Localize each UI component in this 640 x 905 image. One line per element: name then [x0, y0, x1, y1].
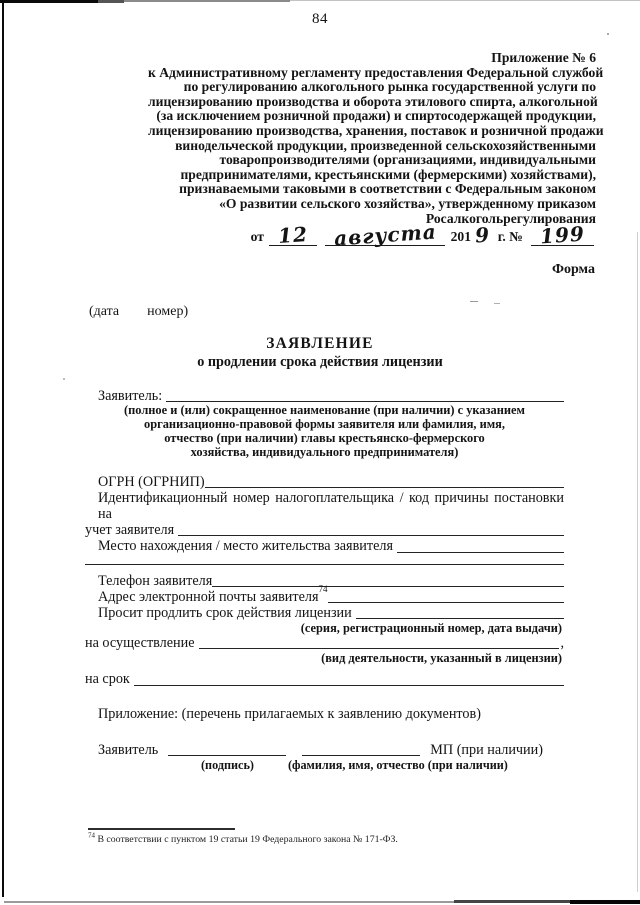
appendix-line: лицензированию производства, хранения, п… [148, 124, 596, 139]
scan-artifact-bottom-edge [570, 900, 640, 904]
footnote-ref: 74 [88, 832, 95, 840]
email-fill-line [328, 589, 564, 603]
signature-hint: (подпись) [201, 758, 254, 772]
scan-artifact-top-edge [0, 0, 98, 3]
handwritten-year: 9 [475, 228, 491, 243]
appendix-line: лицензированию производства и оборота эт… [148, 95, 596, 110]
page-number: 84 [0, 0, 640, 28]
document-subtitle: о продлении срока действия лицензии [0, 354, 640, 371]
date-number-caption: (датаномер) [89, 304, 640, 320]
signature-row: Заявитель МП (при наличии) [85, 742, 564, 758]
applicant-label: Заявитель: [98, 388, 162, 404]
scan-artifact-top-edge [98, 0, 124, 3]
appendix-line: признаваемыми таковыми в соответствии с … [148, 182, 596, 197]
scan-speck [470, 301, 478, 302]
handwritten-month-field: августа [325, 227, 446, 246]
applicant-hint-line: организационно-правовой формы заявителя … [85, 418, 564, 432]
footnote-rule [88, 828, 235, 830]
appendix-line: Приложение № 6 [148, 51, 596, 66]
order-date-prefix: от [251, 229, 264, 244]
inn-kpp-fill-line [178, 522, 564, 536]
scan-speck [607, 33, 609, 35]
appendix-line: к Административному регламенту предостав… [148, 66, 596, 81]
location-label: Место нахождения / место жительства заяв… [98, 538, 393, 554]
date-caption-label: (дата [89, 304, 119, 319]
scanned-document-page: 84 Приложение № 6 к Административному ре… [0, 0, 640, 905]
applicant-hint-line: хозяйства, индивидуального предпринимате… [85, 446, 564, 460]
scan-artifact-top-edge [290, 0, 640, 1]
scan-artifact-bottom-edge [454, 900, 570, 903]
activity-hint: (вид деятельности, указанный в лицензии) [85, 651, 564, 665]
term-label: на срок [85, 671, 130, 687]
handwritten-day-field: 12 [269, 227, 317, 246]
ogrn-label: ОГРН (ОГРНИП) [98, 474, 205, 490]
license-fill-line [356, 605, 564, 619]
form-body: Заявитель: (полное и (или) сокращенное н… [85, 388, 564, 772]
attachments-line: Приложение: (перечень прилагаемых к заяв… [85, 706, 564, 722]
inn-kpp-label-line2: учет заявителя [85, 522, 174, 538]
inn-kpp-row: учет заявителя [85, 522, 564, 538]
location-row: Место нахождения / место жительства заяв… [85, 538, 564, 554]
order-year-printed: 201 [451, 229, 471, 244]
scan-artifact-top-edge [124, 0, 290, 2]
license-extend-row: Просит продлить срок действия лицензии [85, 605, 564, 621]
license-hint: (серия, регистрационный номер, дата выда… [85, 621, 564, 635]
appendix-header: Приложение № 6 к Административному регла… [148, 51, 596, 251]
fullname-fill-line [302, 742, 420, 756]
email-footnote-ref: 74 [319, 589, 328, 605]
appendix-line: (за исключением розничной продажи) и спи… [148, 109, 596, 124]
applicant-fill-line [166, 388, 564, 402]
footnote-block: 74 В соответствии с пунктом 19 статьи 19… [88, 828, 568, 845]
email-row: Адрес электронной почты заявителя74 [85, 589, 564, 605]
form-marker: Форма [0, 262, 595, 278]
activity-trailing-comma: , [560, 635, 564, 651]
applicant-hint-line: отчество (при наличии) главы крестьянско… [85, 432, 564, 446]
stamp-label: МП (при наличии) [430, 742, 543, 758]
phone-label: Телефон заявителя [98, 573, 212, 589]
term-row: на срок [85, 671, 564, 687]
applicant-row: Заявитель: [85, 388, 564, 404]
appendix-line: «О развитии сельского хозяйства», утверж… [148, 197, 596, 212]
appendix-line: по регулированию алкогольного рынка госу… [148, 80, 596, 95]
term-fill-line [134, 671, 564, 685]
appendix-line: товаропроизводителями (организациями, ин… [148, 153, 596, 168]
document-title-block: ЗАЯВЛЕНИЕ о продлении срока действия лиц… [0, 335, 640, 371]
order-date-number-line: от 12 августа 201 9 г. № 199 [148, 227, 596, 251]
location-continuation-row [85, 555, 564, 567]
email-label: Адрес электронной почты заявителя [98, 589, 319, 605]
appendix-line: винодельческой продукции, произведенной … [148, 139, 596, 154]
footnote-text: 74 В соответствии с пунктом 19 статьи 19… [88, 834, 568, 845]
scan-artifact-left-edge [2, 0, 4, 897]
scan-speck [494, 303, 500, 304]
scan-speck [63, 378, 65, 380]
document-title: ЗАЯВЛЕНИЕ [0, 335, 640, 353]
license-extend-label: Просит продлить срок действия лицензии [98, 605, 352, 621]
handwritten-day: 12 [278, 227, 309, 243]
location-fill-line-2 [85, 555, 564, 565]
applicant-hint-line: (полное и (или) сокращенное наименование… [85, 404, 564, 418]
inn-kpp-label-line1: Идентификационный номер налогоплательщик… [85, 490, 564, 522]
signature-label: Заявитель [98, 742, 158, 758]
scan-artifact-bottom-edge [4, 901, 454, 903]
handwritten-number-field: 199 [531, 227, 594, 246]
activity-label: на осуществление [85, 635, 195, 651]
scan-artifact-right-edge [637, 232, 638, 892]
number-caption-label: номер) [147, 304, 188, 319]
handwritten-month: августа [333, 225, 436, 246]
location-fill-line [397, 538, 564, 552]
phone-fill-line [212, 573, 564, 587]
signature-hints-row: (подпись) (фамилия, имя, отчество (при н… [85, 758, 564, 772]
ogrn-fill-line [205, 474, 564, 488]
ogrn-row: ОГРН (ОГРНИП) [85, 474, 564, 490]
signature-fill-line [168, 742, 286, 756]
footnote-body: В соответствии с пунктом 19 статьи 19 Фе… [97, 834, 397, 845]
appendix-line: предпринимателями, крестьянскими (фермер… [148, 168, 596, 183]
activity-fill-line [199, 635, 560, 649]
fullname-hint: (фамилия, имя, отчество (при наличии) [288, 758, 508, 772]
handwritten-number: 199 [540, 227, 586, 244]
activity-row: на осуществление , [85, 635, 564, 651]
order-number-prefix: г. № [498, 229, 523, 244]
